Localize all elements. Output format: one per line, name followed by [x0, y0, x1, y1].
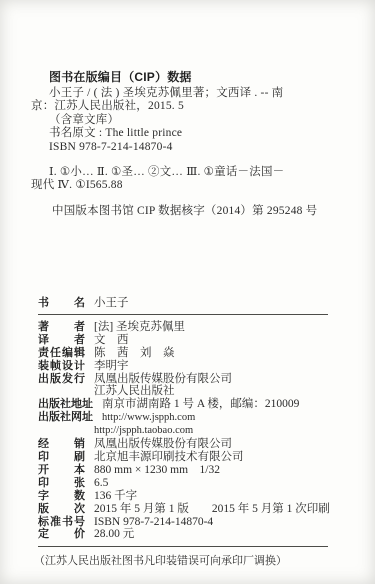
colophon-row-label: 著者 — [38, 321, 85, 334]
cip-line: 书名原文 : The little prince — [31, 127, 349, 140]
cip-line: ISBN 978-7-214-14870-4 — [31, 141, 349, 154]
colophon-row-value: http://www.jspph.com — [102, 412, 195, 425]
book-title-row: 书名 小王子 — [38, 297, 328, 310]
colophon-row: 出版社地址 南京市湖南路 1 号 A 楼，邮编：210009 — [38, 398, 328, 411]
colophon-row: 装帧设计 李明宇 — [38, 360, 328, 373]
colophon-row: 著者 [法] 圣埃克苏佩里 — [38, 321, 328, 334]
colophon-row-value: [法] 圣埃克苏佩里 — [94, 321, 185, 334]
colophon-row-label: 版次 — [38, 503, 85, 516]
colophon-row-value: 136 千字 — [94, 490, 137, 503]
colophon-row: 译者 文 西 — [38, 334, 328, 347]
colophon-row: 开本 880 mm × 1230 mm 1/32 — [38, 464, 328, 477]
colophon-row-value: 28.00 元 — [94, 528, 134, 541]
colophon-row-label: 译者 — [38, 334, 85, 347]
colophon-row: http://jspph.taobao.com — [38, 425, 328, 438]
colophon-row-value: 6.5 — [94, 477, 108, 490]
colophon-table: 书名 小王子 著者 [法] 圣埃克苏佩里 译者 文 西 责任编辑 陈 茜 刘 焱… — [38, 297, 328, 568]
colophon-row-value: ISBN 978-7-214-14870-4 — [94, 516, 213, 529]
colophon-row-label: 出版发行 — [38, 373, 85, 386]
colophon-row: 版次 2015 年 5 月第 1 版 2015 年 5 月第 1 次印刷 — [38, 503, 328, 516]
divider-bottom — [38, 546, 328, 547]
cip-line: Ⅰ. ①小… Ⅱ. ①圣… ②文… Ⅲ. ①童话－法国－ — [31, 166, 349, 179]
colophon-row: 定价 28.00 元 — [38, 528, 328, 541]
cip-record-paragraph: 小王子 / ( 法 ) 圣埃克苏佩里著；文西译 . -- 南京：江苏人民出版社，… — [31, 87, 349, 154]
colophon-row: 出版社网址 http://www.jspph.com — [38, 411, 328, 425]
colophon-row-value: http://jspph.taobao.com — [94, 425, 193, 438]
colophon-row: 字数 136 千字 — [38, 490, 328, 503]
colophon-row-value: 南京市湖南路 1 号 A 楼，邮编：210009 — [102, 398, 299, 411]
colophon-row-value: 凤凰出版传媒股份有限公司 — [94, 438, 232, 451]
cip-line: 京：江苏人民出版社，2015. 5 — [31, 100, 349, 113]
colophon-row-value: 陈 茜 刘 焱 — [94, 347, 175, 360]
colophon-row-label: 装帧设计 — [38, 360, 85, 373]
colophon-row: 江苏人民出版社 — [38, 385, 328, 398]
copyright-page: 图书在版编目（CIP）数据 小王子 / ( 法 ) 圣埃克苏佩里著；文西译 . … — [0, 0, 375, 584]
colophon-row-label: 经销 — [38, 438, 85, 451]
colophon-row-value: 江苏人民出版社 — [94, 385, 175, 398]
colophon-row: 经销 凤凰出版传媒股份有限公司 — [38, 438, 328, 451]
colophon-row: 印张 6.5 — [38, 477, 328, 490]
book-title-label: 书名 — [38, 297, 85, 310]
colophon-row-label: 出版社地址 — [38, 398, 93, 411]
colophon-row-value: 2015 年 5 月第 1 版 2015 年 5 月第 1 次印刷 — [94, 503, 330, 516]
colophon-row: 责任编辑 陈 茜 刘 焱 — [38, 347, 328, 360]
footer-note: （江苏人民出版社图书凡印装错误可向承印厂调换） — [34, 555, 328, 568]
colophon-row-value: 凤凰出版传媒股份有限公司 — [94, 373, 232, 386]
colophon-row-label: 责任编辑 — [38, 347, 85, 360]
colophon-row-label: 开本 — [38, 464, 85, 477]
colophon-row-value: 880 mm × 1230 mm 1/32 — [94, 464, 220, 477]
colophon-row-value: 李明宇 — [94, 360, 129, 373]
colophon-row-label: 标准书号 — [38, 516, 85, 529]
cip-line: （含章文库） — [31, 114, 349, 127]
colophon-row-label: 字数 — [38, 490, 85, 503]
colophon-rows: 著者 [法] 圣埃克苏佩里 译者 文 西 责任编辑 陈 茜 刘 焱 装帧设计 李… — [38, 321, 328, 541]
colophon-row: 标准书号 ISBN 978-7-214-14870-4 — [38, 516, 328, 529]
cip-line: 小王子 / ( 法 ) 圣埃克苏佩里著；文西译 . -- 南 — [31, 87, 349, 100]
cip-line: 中国版本图书馆 CIP 数据核字（2014）第 295248 号 — [31, 205, 349, 218]
cip-line: 现代 Ⅳ. ①I565.88 — [31, 179, 349, 192]
cip-classification-paragraph: Ⅰ. ①小… Ⅱ. ①圣… ②文… Ⅲ. ①童话－法国－现代 Ⅳ. ①I565.… — [31, 166, 349, 193]
colophon-row-value: 文 西 — [94, 334, 129, 347]
colophon-row: 出版发行 凤凰出版传媒股份有限公司 — [38, 373, 328, 386]
book-title-value: 小王子 — [94, 297, 129, 310]
colophon-row-label: 定价 — [38, 528, 85, 541]
colophon-row-label: 印刷 — [38, 451, 85, 464]
divider-top — [38, 314, 328, 315]
colophon-row-label: 印张 — [38, 477, 85, 490]
colophon-row-value: 北京旭丰源印刷技术有限公司 — [94, 451, 244, 464]
colophon-row-label: 出版社网址 — [38, 411, 93, 424]
cip-heading: 图书在版编目（CIP）数据 — [49, 70, 349, 84]
cip-registry-paragraph: 中国版本图书馆 CIP 数据核字（2014）第 295248 号 — [31, 205, 349, 218]
colophon-row: 印刷 北京旭丰源印刷技术有限公司 — [38, 451, 328, 464]
cip-block: 图书在版编目（CIP）数据 小王子 / ( 法 ) 圣埃克苏佩里著；文西译 . … — [31, 70, 349, 218]
